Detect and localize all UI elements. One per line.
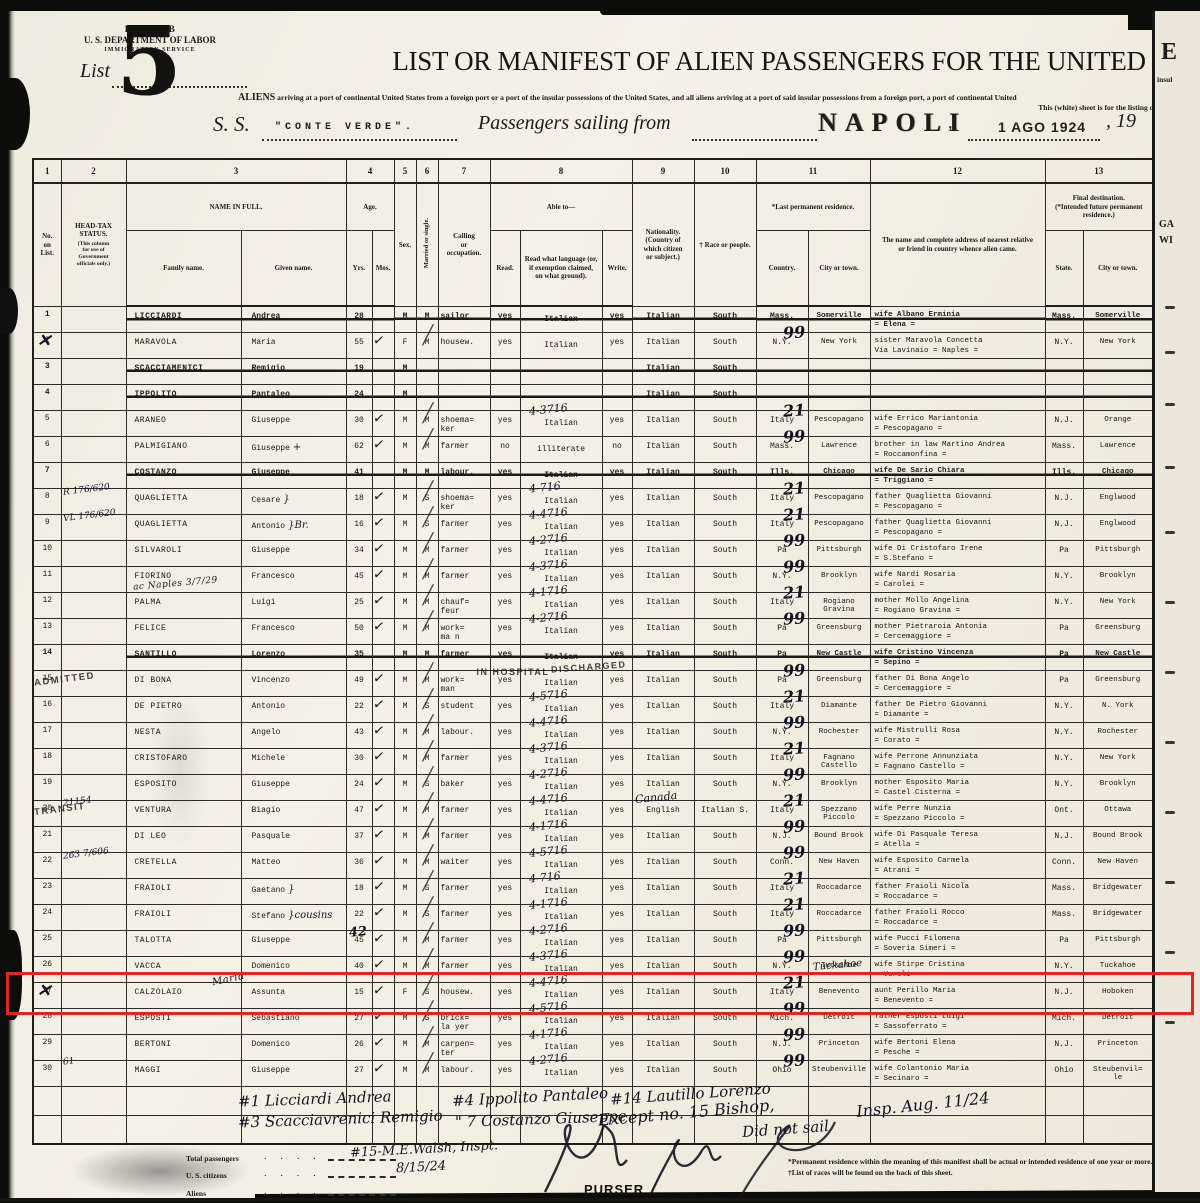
cell-text: 37 — [354, 832, 364, 841]
cell-text: Italian — [544, 341, 578, 350]
cell-text: yes — [610, 884, 624, 893]
cell-state: Pa — [1045, 618, 1083, 644]
cell-text: Brooklyn — [1100, 572, 1136, 580]
cell-relative: mother Pietraroia Antonia = Cercemaggior… — [870, 618, 1045, 644]
cell-given: Gaetano} — [241, 878, 346, 904]
cell-text: N.Y. — [1054, 962, 1073, 971]
cell-race: South — [694, 566, 756, 592]
cell-family: CRISTOFARO — [126, 748, 241, 774]
cell-state: Ohio — [1045, 1060, 1083, 1086]
cell-no: 4 — [33, 384, 61, 410]
cell-relative: wife Di Pasquale Teresa = Atella = — [870, 826, 1045, 852]
cell-text: yes — [610, 494, 624, 503]
cell-text: Italian — [646, 1066, 680, 1075]
cell-no: 7 — [33, 462, 61, 488]
cell-sex: M — [394, 748, 416, 774]
cell-mos: ✓ — [372, 410, 394, 436]
cell-text: M — [425, 858, 430, 867]
cell-text: M — [403, 520, 408, 529]
cell-text: Italian — [544, 497, 578, 506]
cell-read: yes — [490, 488, 520, 514]
cell-text: New York — [1100, 338, 1136, 346]
cell-calling: farmer — [438, 566, 490, 592]
cell-headtax: VL 176/620 — [61, 514, 126, 540]
cell-mos: ✓ — [372, 800, 394, 826]
cell-text: Greensburg — [1095, 676, 1140, 684]
cell-yrs: 25 — [346, 592, 372, 618]
col-num: 5 — [394, 159, 416, 183]
cell-text: 49 — [354, 676, 364, 685]
cell-state: N.Y. — [1045, 748, 1083, 774]
cell-text: yes — [498, 338, 512, 347]
cell-write: yes — [602, 852, 632, 878]
cell-state: N.Y. — [1045, 592, 1083, 618]
cell-text: Italian — [544, 601, 578, 610]
cell-calling: farmer — [438, 748, 490, 774]
cell-text: M — [403, 676, 408, 685]
cell-city: Steubenville — [808, 1060, 870, 1086]
cell-text: yes — [610, 754, 624, 763]
purser-signature — [515, 1112, 855, 1200]
port-stamp: NAPOLI — [818, 108, 967, 138]
cell-write: yes — [602, 514, 632, 540]
cell-text: yes — [610, 806, 624, 815]
cell-city: New Castle — [808, 644, 870, 670]
cell-race: South — [694, 462, 756, 488]
cell-family: TALOTTA — [126, 930, 241, 956]
cell-text: M — [425, 416, 430, 425]
cell-text: 22 — [354, 910, 364, 919]
passenger-row: 1LICCIARDIAndrea28MMsailoryesItalianyesI… — [33, 306, 1153, 332]
cell-given: Stefano}cousins — [241, 904, 346, 930]
scan-edge-left — [0, 0, 15, 1201]
cell-read: yes — [490, 878, 520, 904]
cell-text: 30 — [354, 754, 364, 763]
cell-read: yes — [490, 306, 520, 332]
header-sex: Sex. — [394, 183, 416, 306]
cell-no: 1 — [33, 306, 61, 332]
header-read-language: Read what language (or, if exemption cla… — [520, 231, 602, 307]
cell-text: yes — [610, 468, 624, 477]
cell-text: Italian — [544, 653, 578, 662]
header-no-on-list: No. on List. — [33, 183, 61, 306]
cell-text: M — [425, 650, 430, 659]
cell-text: M — [403, 624, 408, 633]
cell-text: Stefano — [252, 912, 286, 921]
headtax-amount-handwriting: 99 — [783, 530, 807, 551]
cell-text: Italian — [544, 523, 578, 532]
cell-dest_city: New York — [1083, 748, 1153, 774]
cell-relative: father Quaglietta Giovanni = Pescopagano… — [870, 514, 1045, 540]
empty-cell — [1083, 1086, 1153, 1115]
cell-text: M — [425, 754, 430, 763]
cell-text: farmer — [441, 936, 470, 945]
cell-nationality: Italian — [632, 1034, 694, 1060]
cell-text: 4 — [45, 388, 50, 397]
check-mark: ✓ — [372, 953, 384, 974]
cell-state: Conn. — [1045, 852, 1083, 878]
cell-text: 26 — [42, 960, 52, 969]
dot-leader: · · · · — [264, 1150, 322, 1167]
cell-text: Mass. — [770, 312, 794, 321]
cell-text: Italian — [646, 572, 680, 581]
empty-cell — [870, 1115, 1045, 1144]
cell-text: Mass. — [1052, 442, 1076, 451]
cell-given: Pantaleo — [241, 384, 346, 410]
cell-city: Rochester — [808, 722, 870, 748]
cell-text: M — [403, 468, 408, 477]
cell-text: F — [403, 338, 408, 347]
cell-text: wife Perre Nunzia = Spezzano Piccolo = — [875, 805, 965, 823]
cell-text: farmer — [441, 546, 470, 555]
cell-given: Maria — [241, 332, 346, 358]
cell-read: yes — [490, 1034, 520, 1060]
cell-given: Cesare} — [241, 488, 346, 514]
cell-mos: ✓ — [372, 592, 394, 618]
cell-text: South — [713, 858, 737, 867]
cell-family: FELICE — [126, 618, 241, 644]
header-final-destination: Final destination. (*Intended future per… — [1045, 183, 1153, 231]
cell-race: South — [694, 748, 756, 774]
cell-text: labour. — [441, 1066, 475, 1075]
blank-line — [328, 1176, 396, 1178]
cell-text: Englwood — [1100, 520, 1136, 528]
cell-text: no — [612, 442, 622, 451]
cell-dest_city: Somerville — [1083, 306, 1153, 332]
given-note: } — [288, 884, 294, 895]
cell-given: Michele — [241, 748, 346, 774]
cell-state: Mass. — [1045, 878, 1083, 904]
cell-given: Lorenzo — [241, 644, 346, 670]
cell-given: Andrea — [241, 306, 346, 332]
cell-text: Italian — [646, 858, 680, 867]
cell-text: Giuseppe — [252, 416, 290, 425]
cell-text: yes — [498, 780, 512, 789]
cell-city: Brooklyn — [808, 774, 870, 800]
cell-no: 10 — [33, 540, 61, 566]
cell-relative: wife Esposito Carmela = Atrani = — [870, 852, 1045, 878]
cell-given: Giuseppe — [241, 540, 346, 566]
passenger-row: 6PALMIGIANOGiuseppe+62✓MMfarmernoilliter… — [33, 436, 1153, 462]
check-mark: ✓ — [372, 407, 384, 428]
cell-language: Italian4-3716 — [520, 410, 602, 436]
cell-text: Italian — [544, 887, 578, 896]
cell-yrs: 41 — [346, 462, 372, 488]
cell-write: yes — [602, 930, 632, 956]
cell-yrs: 28 — [346, 306, 372, 332]
cell-given: Antonio — [241, 696, 346, 722]
cell-text: Bridgewater — [1093, 884, 1143, 892]
cell-headtax — [61, 618, 126, 644]
passenger-row: 22263 7/606CRETELLAMatteo36✓MMwaiteryesI… — [33, 852, 1153, 878]
cell-text: yes — [610, 416, 624, 425]
cell-text: Italian S. — [701, 806, 749, 815]
cell-read: yes — [490, 462, 520, 488]
cell-text: yes — [610, 338, 624, 347]
cell-family: IPPOLITO — [126, 384, 241, 410]
cell-text: Italian — [544, 549, 578, 558]
cell-text: VACCA — [135, 962, 162, 971]
cell-text: S — [425, 780, 430, 789]
cell-no: 18 — [33, 748, 61, 774]
cell-text: M — [425, 572, 430, 581]
cell-sex: M — [394, 540, 416, 566]
scan-blob — [0, 288, 18, 334]
cell-family: QUAGLIETTA — [126, 514, 241, 540]
cell-text: PALMIGIANO — [135, 442, 188, 451]
cell-state: N.Y. — [1045, 722, 1083, 748]
cell-city: Pescopagano — [808, 514, 870, 540]
given-note: } — [283, 494, 289, 505]
cell-headtax — [61, 696, 126, 722]
cell-relative: wife Cristino Vincenza = Sepino = — [870, 644, 1045, 670]
cell-race: South — [694, 696, 756, 722]
cell-text: wife Di Cristofaro Irene = S.Stefano = — [875, 545, 983, 563]
binding-mark — [1165, 531, 1175, 534]
cell-text: South — [713, 1040, 737, 1049]
cell-text: South — [713, 442, 737, 451]
handwritten-note: 8/15/24 — [396, 1159, 447, 1177]
cell-headtax: 263 7/606 — [61, 852, 126, 878]
cell-text: 19 — [42, 778, 52, 787]
cell-text: South — [713, 468, 737, 477]
cell-text: Antonio — [252, 702, 286, 711]
cell-text: yes — [498, 884, 512, 893]
cell-text: Italian — [646, 598, 680, 607]
cell-race: South — [694, 1034, 756, 1060]
cell-text: 18 — [354, 494, 364, 503]
cell-mos: ✓ — [372, 696, 394, 722]
cell-family: VENTURA — [126, 800, 241, 826]
cell-dest_city — [1083, 384, 1153, 410]
cell-text: Orange — [1104, 416, 1131, 424]
cell-text: M — [403, 546, 408, 555]
cell-text: 35 — [354, 650, 364, 659]
cell-headtax — [61, 592, 126, 618]
cell-no: 22 — [33, 852, 61, 878]
cell-relative: brother in law Martino Andrea = Roccamon… — [870, 436, 1045, 462]
passenger-row: 19ESPOSITOGiuseppe24✓MSbakeryesItalian4-… — [33, 774, 1153, 800]
cell-text: Rochester — [819, 728, 860, 736]
cell-calling: labour. — [438, 462, 490, 488]
cell-nationality: Italian — [632, 488, 694, 514]
cell-mos: ✓ — [372, 774, 394, 800]
cell-relative: wife Bertoni Elena = Pesche = — [870, 1034, 1045, 1060]
cell-state: N.J. — [1045, 514, 1083, 540]
cell-text: N.J. — [1054, 1040, 1073, 1049]
cell-text: M — [403, 650, 408, 659]
cell-state: Pa — [1045, 644, 1083, 670]
cell-city: New York — [808, 332, 870, 358]
cell-text: Maria — [252, 338, 276, 347]
cell-text: Domenico — [252, 1040, 290, 1049]
cell-city: Roccadarce — [808, 878, 870, 904]
col-num: 2 — [61, 159, 126, 183]
cell-marital: M — [416, 332, 438, 358]
cell-text: Italian — [646, 364, 680, 373]
ship-name: "CONTE VERDE". — [275, 122, 415, 133]
cell-text: 22 — [354, 702, 364, 711]
cell-text: Pescopagano — [814, 520, 864, 528]
cell-text: 5 — [45, 414, 50, 423]
cell-nationality: Italian — [632, 384, 694, 410]
cell-text: Ills. — [1052, 468, 1076, 477]
cell-text: student — [441, 702, 475, 711]
check-mark: ✓ — [372, 433, 384, 454]
cell-given: Vincenzo — [241, 670, 346, 696]
cell-text: M — [425, 442, 430, 451]
cell-text: N.Y. — [1054, 702, 1073, 711]
cell-text: South — [713, 624, 737, 633]
check-mark: ✓ — [372, 693, 384, 714]
cell-race: South — [694, 826, 756, 852]
cell-language: illiterate — [520, 436, 602, 462]
cell-mos: ✓ — [372, 852, 394, 878]
cell-text: housew. — [441, 338, 475, 347]
cell-text: Brooklyn — [821, 780, 857, 788]
header-group-row: No. on List. HEAD-TAX STATUS.(This colum… — [33, 183, 1153, 231]
cell-text: ESPOSITO — [135, 780, 177, 789]
passenger-row: 2✕MARAVOLAMaria55✓FMhousew.yesItalianyes… — [33, 332, 1153, 358]
cell-dest_city: Princeton — [1083, 1034, 1153, 1060]
cell-dest_city: Englwood — [1083, 514, 1153, 540]
cell-sex: M — [394, 904, 416, 930]
cell-text: yes — [498, 416, 512, 425]
cell-text: yes — [610, 520, 624, 529]
cell-yrs: 34 — [346, 540, 372, 566]
cell-mos: ✓ — [372, 1060, 394, 1086]
cell-text: yes — [610, 650, 624, 659]
cell-text: M — [403, 572, 408, 581]
passenger-row: 24FRAIOLIStefano}cousins22✓MSfarmeryesIt… — [33, 904, 1153, 930]
header-city: City or town. — [808, 231, 870, 307]
cell-text: South — [713, 676, 737, 685]
cell-text: Chicago — [823, 468, 855, 476]
cell-text: M — [425, 468, 430, 477]
check-mark: ✓ — [372, 901, 384, 922]
cell-sex: M — [394, 462, 416, 488]
cell-nationality: Italian — [632, 1060, 694, 1086]
cell-no: 11 — [33, 566, 61, 592]
cell-race: South — [694, 488, 756, 514]
cell-family: SILVAROLI — [126, 540, 241, 566]
cell-dest_city: Brooklyn — [1083, 774, 1153, 800]
cell-text: Pittsburgh — [817, 546, 862, 554]
cell-write: yes — [602, 410, 632, 436]
cell-text: New Haven — [1098, 858, 1139, 866]
cell-race: South — [694, 540, 756, 566]
col-num: 7 — [438, 159, 490, 183]
cell-sex: M — [394, 644, 416, 670]
cell-calling: farmer — [438, 826, 490, 852]
binding-mark — [1165, 306, 1175, 309]
cell-text: 43 — [354, 728, 364, 737]
cell-text: QUAGLIETTA — [135, 520, 188, 529]
cell-text: COSTANZO — [135, 468, 177, 477]
cell-text: Lawrence — [1100, 442, 1136, 450]
cell-sex: M — [394, 514, 416, 540]
header-name-in-full: NAME IN FULL. — [126, 183, 346, 231]
cell-text: work= ma n — [441, 624, 465, 642]
col-num: 4 — [346, 159, 394, 183]
cell-text: carpen= ter — [441, 1040, 475, 1058]
cell-text: yes — [610, 312, 624, 321]
dotted-line — [692, 139, 817, 141]
header-married: Married or single. — [416, 183, 438, 306]
cell-text: Giuseppe — [252, 936, 290, 945]
cell-text: South — [713, 494, 737, 503]
headtax-amount-handwriting: 99 — [783, 660, 807, 681]
cell-text: yes — [610, 962, 624, 971]
check-mark: ✓ — [372, 1057, 384, 1078]
cell-text: LICCIARDI — [135, 312, 183, 321]
aliens-label: Aliens — [186, 1185, 264, 1202]
cell-text: Pa — [777, 650, 787, 659]
cell-no: 9 — [33, 514, 61, 540]
cell-text: N.Y. — [1054, 598, 1073, 607]
cell-mos: ✓ — [372, 670, 394, 696]
date-stamp: 1 AGO 1924 — [998, 119, 1086, 135]
cell-no: 30 — [33, 1060, 61, 1086]
cell-state: Mass. — [1045, 904, 1083, 930]
cell-relative: wife Nardi Rosaria = Carolei = — [870, 566, 1045, 592]
cell-read: yes — [490, 852, 520, 878]
cell-text: Bound Brook — [1093, 832, 1143, 840]
cell-text: Italian — [646, 728, 680, 737]
cell-dest_city: Chicago — [1083, 462, 1153, 488]
cell-relative — [870, 384, 1045, 410]
cell-text: farmer — [441, 910, 470, 919]
cell-dest_city: New York — [1083, 332, 1153, 358]
cell-text: yes — [610, 1040, 624, 1049]
cell-write: yes — [602, 904, 632, 930]
cell-text: Rogiano Gravina — [823, 598, 855, 614]
cell-family: FRAIOLI — [126, 904, 241, 930]
passenger-row: 21DI LEOPasquale37✓MMfarmeryesItalian4-1… — [33, 826, 1153, 852]
cell-write: yes — [602, 670, 632, 696]
cell-text: Gaetano — [252, 886, 286, 895]
cell-state: N.J. — [1045, 1034, 1083, 1060]
given-note: }Br. — [288, 520, 309, 531]
headtax-amount-handwriting: 99 — [783, 426, 807, 447]
cell-text: Greensburg — [1095, 624, 1140, 632]
cell-yrs: 16 — [346, 514, 372, 540]
cell-text: Cesare — [252, 496, 281, 505]
cell-text: New Castle — [1095, 650, 1140, 658]
cell-text: Italian — [544, 939, 578, 948]
binding-mark — [1165, 1021, 1175, 1024]
cell-no: 21 — [33, 826, 61, 852]
cell-relative: wife Errico Mariantonia = Pescopagano = — [870, 410, 1045, 436]
header-last-permanent: *Last permanent residence. — [756, 183, 870, 231]
cell-text: 21 — [42, 830, 52, 839]
cell-family: ESPOSITO — [126, 774, 241, 800]
cell-read: yes — [490, 930, 520, 956]
subtitle-lead: ALIENS — [238, 92, 275, 103]
cell-text: 1 — [45, 310, 50, 319]
header-family-name: Family name. — [126, 231, 241, 307]
cell-state: N.Y. — [1045, 696, 1083, 722]
cell-write: yes — [602, 748, 632, 774]
cell-text: yes — [610, 572, 624, 581]
cell-text: 22 — [42, 856, 52, 865]
cell-text: yes — [610, 910, 624, 919]
cell-text: IPPOLITO — [135, 390, 177, 399]
cell-text: M — [403, 1040, 408, 1049]
cell-read: yes — [490, 722, 520, 748]
cell-text: Italian — [544, 913, 578, 922]
cell-no: 24 — [33, 904, 61, 930]
